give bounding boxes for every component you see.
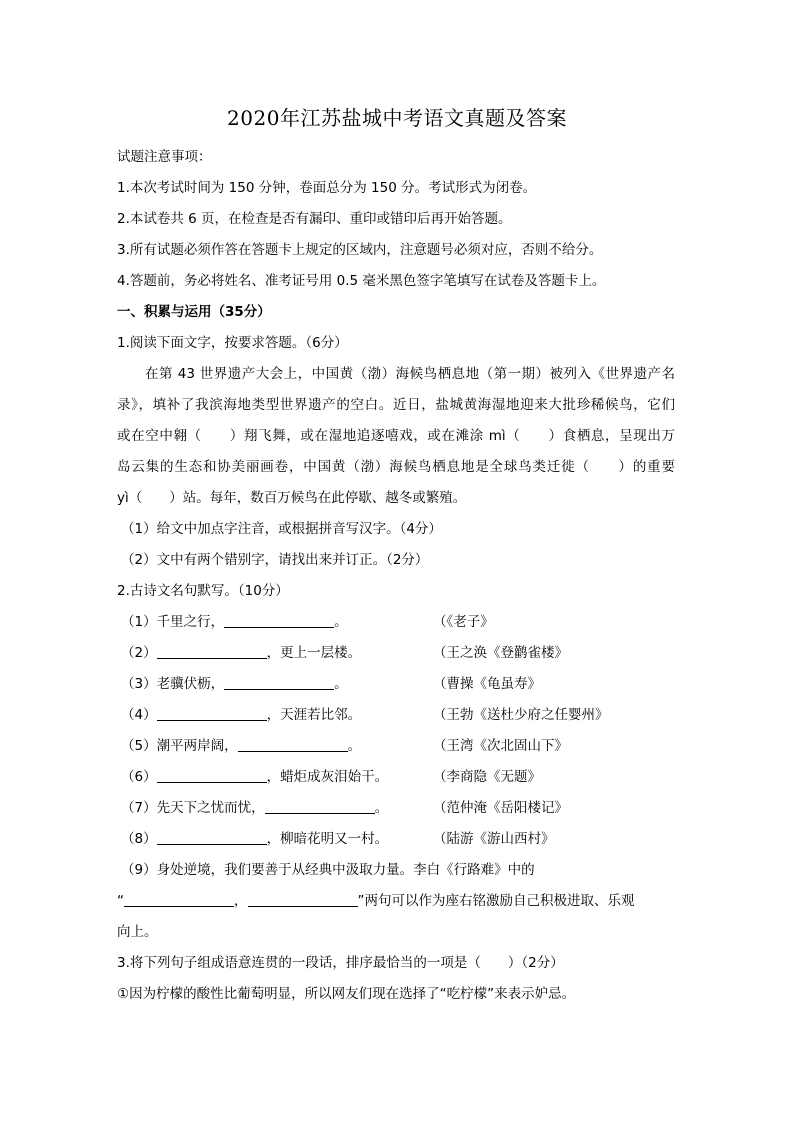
answer-blank[interactable] (157, 706, 267, 721)
answer-blank[interactable] (157, 830, 267, 845)
poem-given-text: ，柳暗花明又一村。 (267, 831, 389, 847)
poem-source: （曹操《龟虽寿》 (433, 669, 541, 700)
notice-item-2: 2.本试卷共 6 页，在检查是否有漏印、重印或错印后再开始答题。 (117, 204, 675, 235)
poem-item-number: （2） (121, 645, 157, 661)
poem-line: （3）老骥伏枥，。 (121, 669, 348, 700)
poem-line: （2），更上一层楼。 (121, 638, 361, 669)
poem-source: （陆游《游山西村》 (433, 824, 555, 855)
answer-blank[interactable] (157, 644, 267, 659)
poem-line: （4），天涯若比邻。 (121, 700, 361, 731)
poem-line: （5）潮平两岸阔，。 (121, 731, 361, 762)
poem-item-number: （1） (121, 614, 157, 630)
poem-source: （王湾《次北固山下》 (433, 731, 568, 762)
poem-source: （王勃《送杜少府之任婴州》 (433, 700, 609, 731)
passage-line: yì（ ）站。每年，数百万候鸟在此停歇、越冬或繁殖。 (117, 483, 675, 514)
question-1-sub-2: （2）文中有两个错别字，请找出来并订正。（2分） (117, 545, 675, 576)
passage-line: 岛云集的生态和协美丽画卷，中国黄（渤）海候鸟栖息地是全球鸟类迁徙（ ）的重要 (117, 452, 675, 483)
passage-line: 在第 43 世界遗产大会上，中国黄（渤）海候鸟栖息地（第一期）被列入《世界遗产名 (117, 359, 675, 390)
answer-blank[interactable] (124, 892, 234, 907)
notice-item-4: 4.答题前，务必将姓名、准考证号用 0.5 毫米黑色签字笔填写在试卷及答题卡上。 (117, 266, 675, 297)
poem-given-text: 潮平两岸阔， (157, 738, 238, 754)
question-3-prompt: 3.将下列句子组成语意连贯的一段话，排序最恰当的一项是（ ）（2分） (117, 948, 675, 979)
poem-given-text: 老骥伏枥， (157, 676, 225, 692)
poem-given-text: ，天涯若比邻。 (267, 707, 362, 723)
notice-item-1: 1.本次考试时间为 150 分钟，卷面总分为 150 分。考试形式为闭卷。 (117, 173, 675, 204)
question-2-item-9-rest: ”两句可以作为座右铭激励自己积极进取、乐观 (358, 893, 635, 909)
poem-row: （8），柳暗花明又一村。（陆游《游山西村》 (117, 824, 675, 855)
poem-given-text: 。 (334, 614, 348, 630)
poem-source: （李商隐《无题》 (433, 762, 541, 793)
poem-row: （7）先天下之忧而忧，。（范仲淹《岳阳楼记》 (117, 793, 675, 824)
answer-blank[interactable] (224, 675, 334, 690)
poem-row: （2），更上一层楼。（王之涣《登鹳雀楼》 (117, 638, 675, 669)
question-3-sentence-1: ①因为柠檬的酸性比葡萄明显，所以网友们现在选择了“吃柠檬”来表示妒忌。 (117, 979, 675, 1010)
poem-given-text: 千里之行， (157, 614, 225, 630)
answer-blank[interactable] (265, 799, 375, 814)
poem-source: （《老子》 (433, 607, 494, 638)
poem-item-number: （3） (121, 676, 157, 692)
poem-item-number: （4） (121, 707, 157, 723)
question-2-item-9: （9）身处逆境，我们要善于从经典中汲取力量。李白《行路难》中的 (117, 855, 675, 886)
poem-source: （王之涣《登鹳雀楼》 (433, 638, 568, 669)
poem-line: （8），柳暗花明又一村。 (121, 824, 388, 855)
poem-item-number: （8） (121, 831, 157, 847)
poem-row: （6），蜡炬成灰泪始干。（李商隐《无题》 (117, 762, 675, 793)
poem-item-number: （5） (121, 738, 157, 754)
passage-line: 或在空中翱（ ）翔飞舞，或在湿地追逐嘻戏，或在滩涂 mì（ ）食栖息，呈现出万 (117, 421, 675, 452)
poem-line: （7）先天下之忧而忧，。 (121, 793, 388, 824)
question-2-item-9-blanks: “，”两句可以作为座右铭激励自己积极进取、乐观 (117, 886, 675, 917)
open-quote: “ (117, 893, 124, 909)
comma: ， (234, 893, 248, 909)
answer-blank[interactable] (224, 613, 334, 628)
poem-given-text: ，更上一层楼。 (267, 645, 362, 661)
poem-recitation-list: （1）千里之行，。（《老子》（2），更上一层楼。（王之涣《登鹳雀楼》（3）老骥伏… (117, 607, 675, 855)
poem-given-text: 。 (348, 738, 362, 754)
poem-line: （1）千里之行，。 (121, 607, 348, 638)
poem-line: （6），蜡炬成灰泪始干。 (121, 762, 388, 793)
question-1-passage: 在第 43 世界遗产大会上，中国黄（渤）海候鸟栖息地（第一期）被列入《世界遗产名… (117, 359, 675, 514)
document-title: 2020年江苏盐城中考语文真题及答案 (0, 104, 794, 132)
question-1-prompt: 1.阅读下面文字，按要求答题。（6分） (117, 328, 675, 359)
question-1-sub-1: （1）给文中加点字注音，或根据拼音写汉字。（4分） (117, 514, 675, 545)
document-page: 2020年江苏盐城中考语文真题及答案 试题注意事项： 1.本次考试时间为 150… (0, 0, 794, 1123)
notice-heading: 试题注意事项： (117, 142, 675, 173)
answer-blank[interactable] (248, 892, 358, 907)
passage-line: 录》，填补了我滨海地类型世界遗产的空白。近日，盐城黄海湿地迎来大批珍稀候鸟，它们 (117, 390, 675, 421)
notice-item-3: 3.所有试题必须作答在答题卡上规定的区域内，注意题号必须对应，否则不给分。 (117, 235, 675, 266)
answer-blank[interactable] (157, 768, 267, 783)
poem-given-text: ，蜡炬成灰泪始干。 (267, 769, 389, 785)
poem-given-text: 先天下之忧而忧， (157, 800, 265, 816)
question-2-item-9-end: 向上。 (117, 917, 675, 948)
answer-blank[interactable] (238, 737, 348, 752)
section-heading: 一、积累与运用（35分） (117, 297, 675, 328)
poem-source: （范仲淹《岳阳楼记》 (433, 793, 568, 824)
poem-item-number: （7） (121, 800, 157, 816)
poem-given-text: 。 (334, 676, 348, 692)
document-body: 试题注意事项： 1.本次考试时间为 150 分钟，卷面总分为 150 分。考试形… (117, 142, 675, 1010)
poem-row: （5）潮平两岸阔，。（王湾《次北固山下》 (117, 731, 675, 762)
poem-row: （4），天涯若比邻。（王勃《送杜少府之任婴州》 (117, 700, 675, 731)
poem-given-text: 。 (375, 800, 389, 816)
poem-row: （3）老骥伏枥，。（曹操《龟虽寿》 (117, 669, 675, 700)
poem-row: （1）千里之行，。（《老子》 (117, 607, 675, 638)
poem-item-number: （6） (121, 769, 157, 785)
question-2-prompt: 2.古诗文名句默写。（10分） (117, 576, 675, 607)
